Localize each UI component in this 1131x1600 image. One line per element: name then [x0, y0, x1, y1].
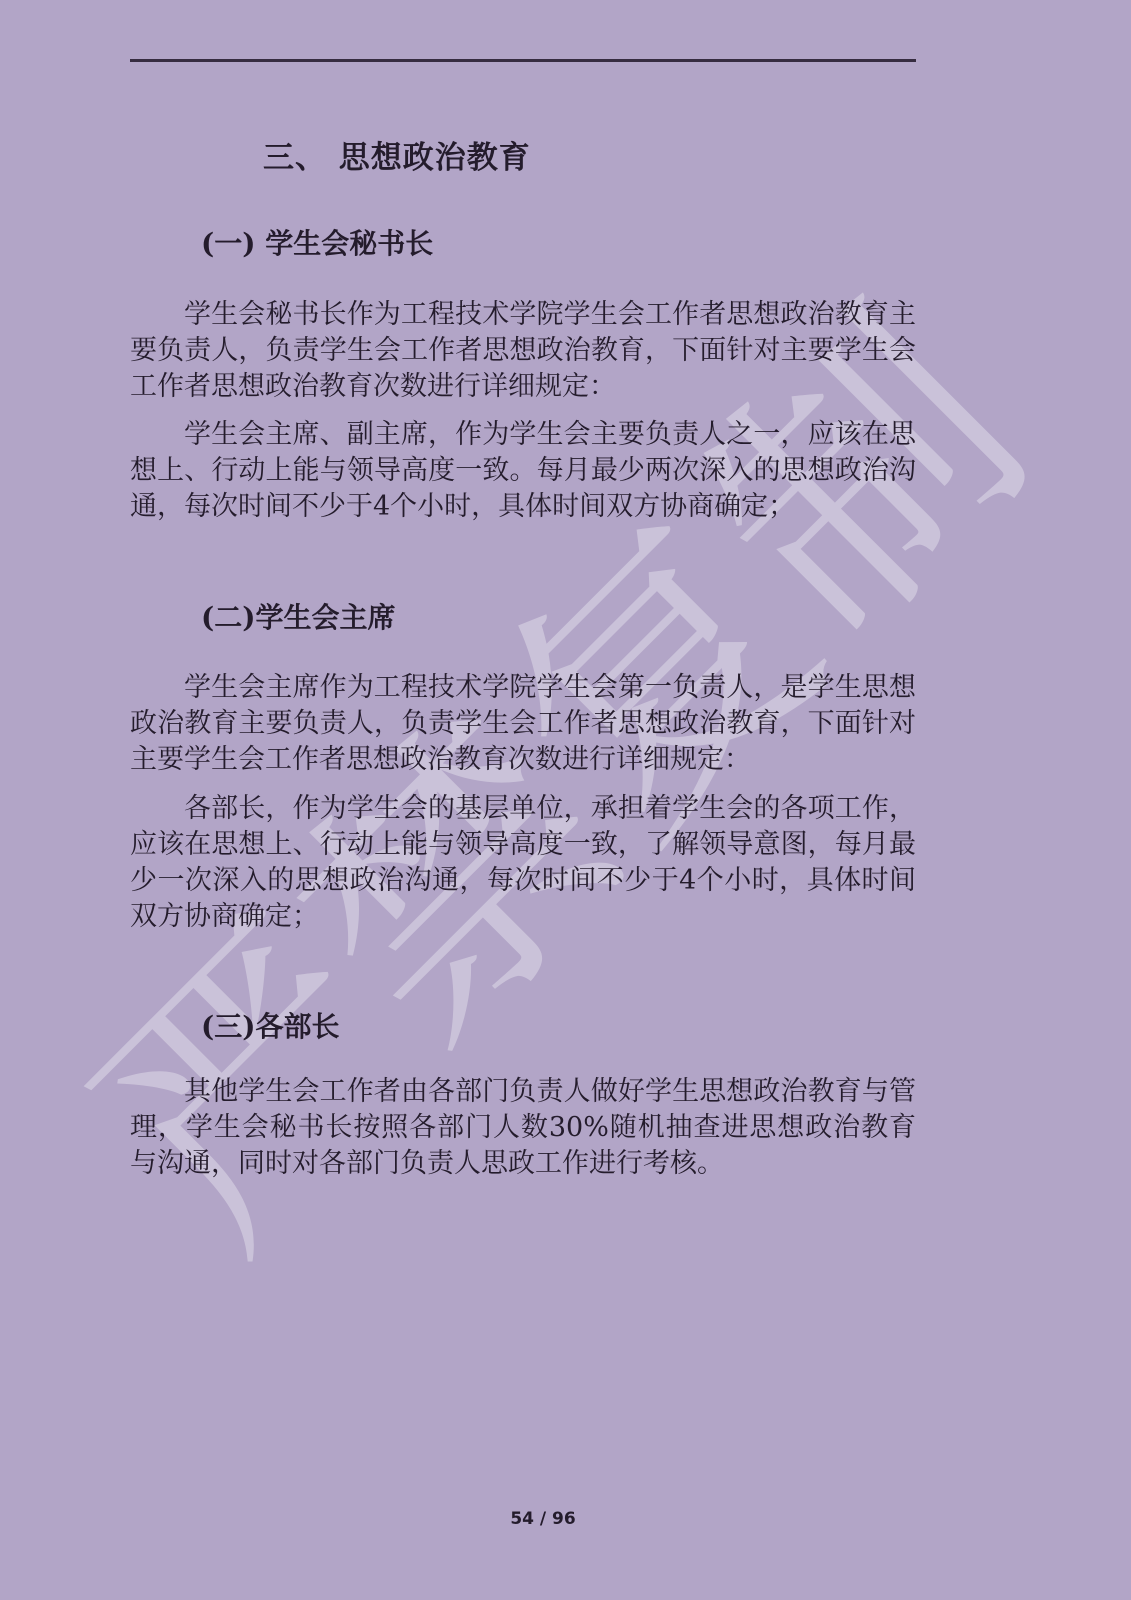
section-heading-1: (一) 学生会秘书长 [201, 222, 433, 262]
document-page: 严禁复制 三、 思想政治教育 (一) 学生会秘书长 学生会秘书长作为工程技术学院… [0, 0, 1131, 1600]
body-paragraph: 其他学生会工作者由各部门负责人做好学生思想政治教育与管理，学生会秘书长按照各部门… [130, 1074, 916, 1182]
body-paragraph: 学生会主席、副主席，作为学生会主要负责人之一，应该在思想上、行动上能与领导高度一… [130, 417, 916, 525]
page-title: 三、 思想政治教育 [263, 132, 531, 177]
body-paragraph: 各部长，作为学生会的基层单位，承担着学生会的各项工作，应该在思想上、行动上能与领… [130, 791, 916, 935]
body-paragraph: 学生会主席作为工程技术学院学生会第一负责人，是学生思想政治教育主要负责人，负责学… [130, 670, 916, 778]
section-heading-2: (二)学生会主席 [201, 596, 396, 636]
section-heading-3: (三)各部长 [201, 1005, 340, 1045]
body-paragraph: 学生会秘书长作为工程技术学院学生会工作者思想政治教育主要负责人，负责学生会工作者… [130, 297, 916, 405]
header-rule [130, 59, 916, 62]
page-number-indicator: 54 / 96 [0, 1509, 1086, 1529]
